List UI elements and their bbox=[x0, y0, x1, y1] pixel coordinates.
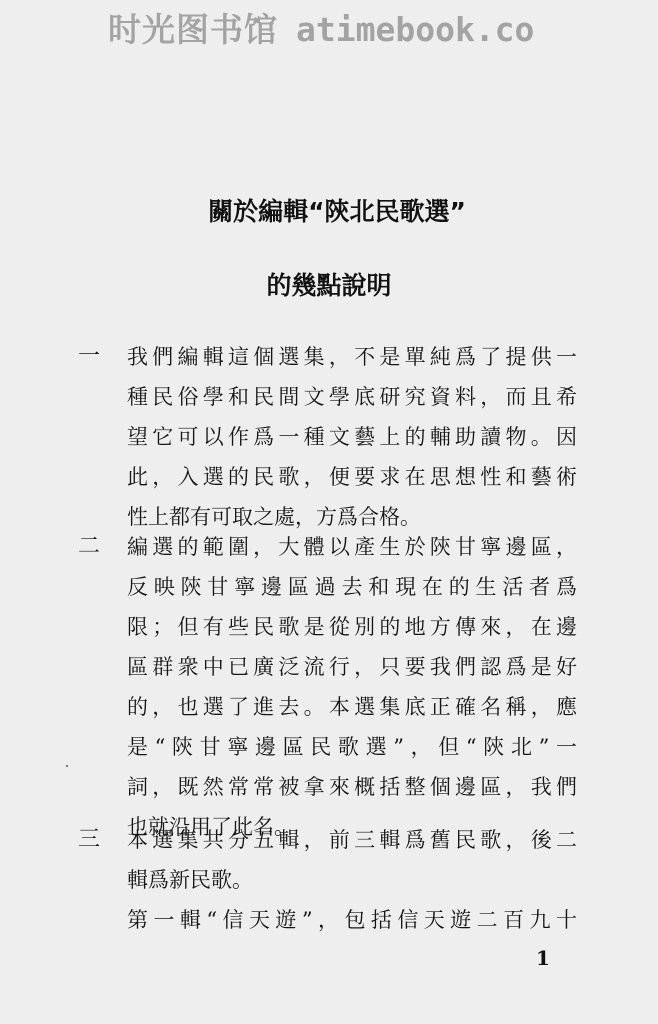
page-title-line-1: 關於編輯“陝北民歌選” bbox=[8, 192, 658, 228]
paragraph-line: 限；但有些民歌是從別的地方傳來，在邊 bbox=[127, 607, 577, 647]
section-marker: 三 bbox=[74, 820, 104, 860]
section-marker: 二 bbox=[74, 527, 104, 567]
paragraph-line: 編選的範圍，大體以產生於陝甘寧邊區， bbox=[127, 527, 577, 567]
paragraph-line: 反映陝甘寧邊區過去和現在的生活者爲 bbox=[127, 567, 577, 607]
page-number: 1 bbox=[536, 946, 550, 970]
print-speck bbox=[66, 765, 68, 767]
paragraph-line: 詞，既然常常被拿來概括整個邊區，我們 bbox=[127, 767, 577, 807]
paragraph-line: 此，入選的民歌，便要求在思想性和藝術 bbox=[127, 457, 577, 497]
section-marker: 一 bbox=[74, 337, 104, 377]
paragraph-line: 種民俗學和民間文學底研究資料，而且希 bbox=[127, 377, 577, 417]
paragraph-line: 輯爲新民歌。 bbox=[127, 860, 577, 900]
watermark-chinese: 时光图书馆 bbox=[108, 10, 278, 49]
watermark-url: atimebook.co bbox=[296, 10, 534, 49]
paragraph-line: 的，也選了進去。本選集底正確名稱，應 bbox=[127, 687, 577, 727]
page-title-line-2: 的幾點說明 bbox=[0, 266, 658, 302]
paragraph-line: 第一輯“信天遊”，包括信天遊二百九十 bbox=[127, 900, 577, 940]
paragraph-line: 本選集共分五輯，前三輯爲舊民歌，後二 bbox=[127, 820, 577, 860]
watermark: 时光图书馆atimebook.co bbox=[108, 8, 658, 52]
paragraph-line: 望它可以作爲一種文藝上的輔助讀物。因 bbox=[127, 417, 577, 457]
paragraph-line: 區群衆中已廣泛流行，只要我們認爲是好 bbox=[127, 647, 577, 687]
paragraph-line: 我們編輯這個選集，不是單純爲了提供一 bbox=[127, 337, 577, 377]
paragraph-line: 是“陝甘寧邊區民歌選”，但“陝北”一 bbox=[127, 727, 577, 767]
